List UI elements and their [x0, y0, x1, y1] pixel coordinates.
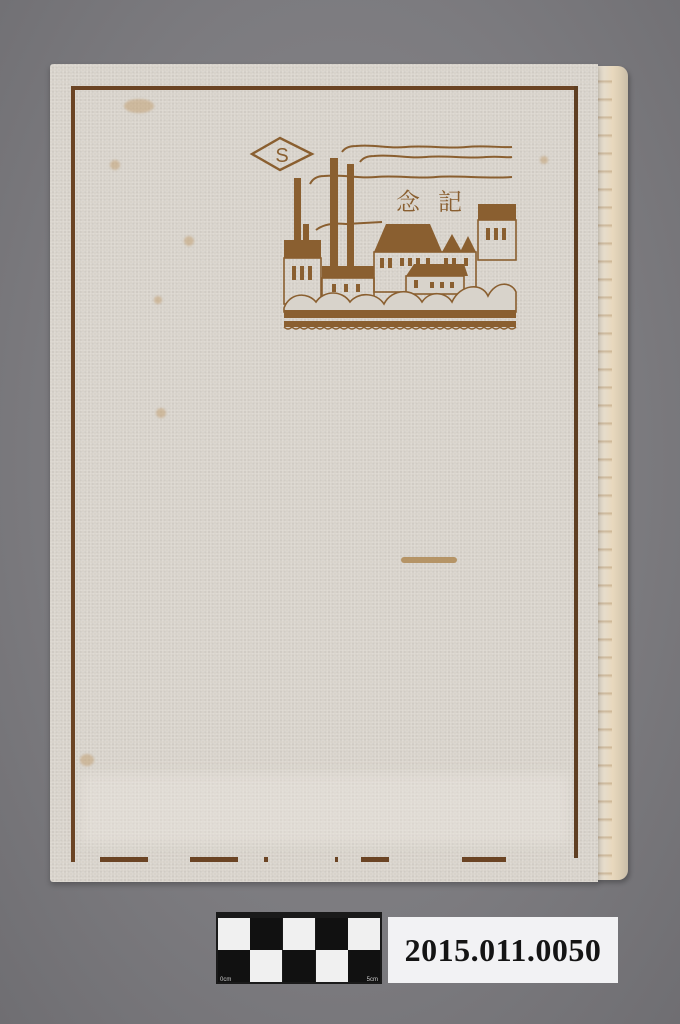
- scale-cell: [283, 950, 315, 982]
- factory-emblem: S: [246, 132, 518, 332]
- scale-cell: [348, 918, 380, 950]
- border-frame-bottom-dash: [462, 857, 506, 862]
- color-scale-bar: 0cm 5cm: [216, 912, 382, 984]
- scale-cell: [250, 950, 282, 982]
- stain: [540, 156, 548, 164]
- scale-cell: [316, 918, 348, 950]
- title-char-1: 念: [396, 188, 421, 216]
- border-frame-bottom-dash: [264, 857, 268, 862]
- border-frame-bottom-dash: [190, 857, 238, 862]
- border-frame-right: [574, 86, 578, 858]
- stain: [184, 236, 194, 246]
- cover-wear: [80, 774, 570, 844]
- scale-cell: [218, 918, 250, 950]
- border-frame-left: [71, 86, 75, 862]
- scale-left-label: 0cm: [220, 977, 231, 983]
- stain: [124, 99, 154, 113]
- stain: [156, 408, 166, 418]
- book: S: [50, 64, 628, 882]
- scale-cell: [316, 950, 348, 982]
- stain: [154, 296, 162, 304]
- border-frame-top: [71, 86, 578, 90]
- title-char-2: 記: [438, 188, 462, 216]
- cover-scratch: [401, 557, 457, 563]
- stain: [110, 160, 120, 170]
- logo-letter: S: [275, 145, 288, 167]
- border-frame-bottom-dash: [335, 857, 338, 862]
- scale-cell: [283, 918, 315, 950]
- book-cover: S: [50, 64, 598, 882]
- scale-cell: [250, 918, 282, 950]
- scale-right-label: 5cm: [367, 977, 378, 983]
- spine-wear: [598, 66, 612, 880]
- stain: [80, 754, 94, 766]
- catalog-number-label: 2015.011.0050: [388, 917, 618, 983]
- catalog-number: 2015.011.0050: [405, 932, 602, 969]
- border-frame-bottom-dash: [100, 857, 148, 862]
- border-frame-bottom-dash: [361, 857, 389, 862]
